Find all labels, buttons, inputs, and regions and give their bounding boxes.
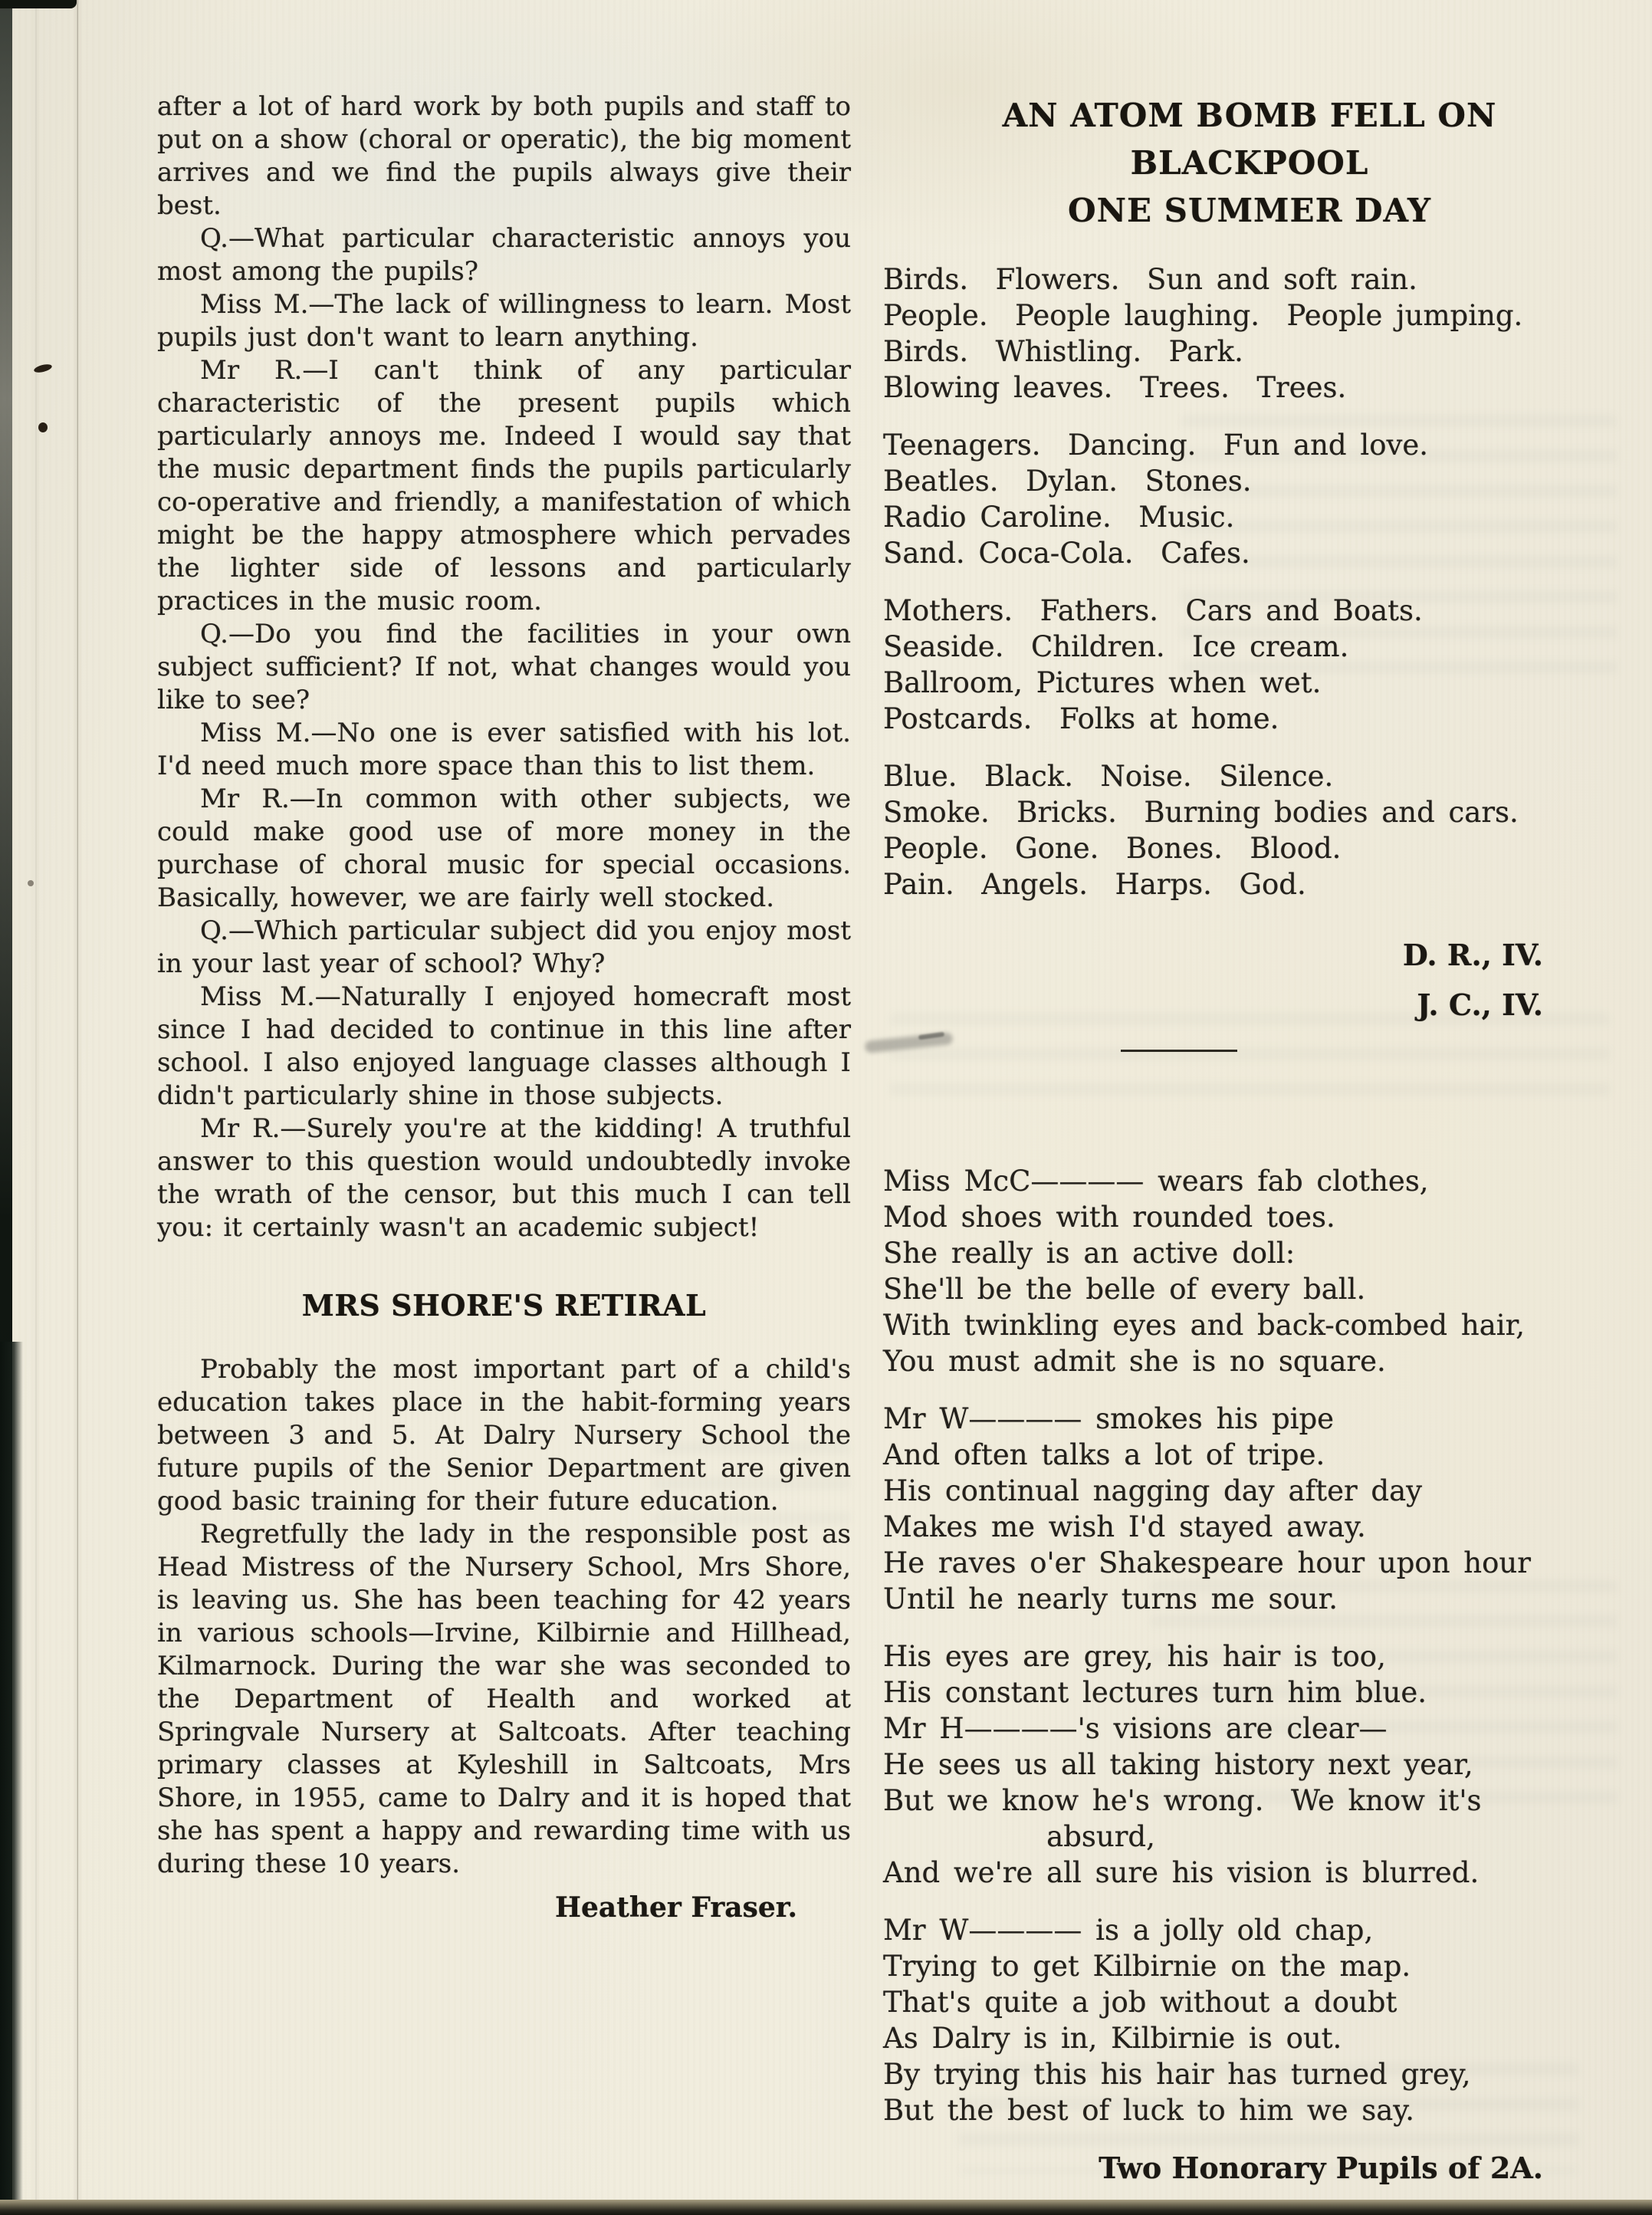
paragraph: Q.—Which particular subject did you enjo… — [157, 915, 851, 981]
poem-line: absurd, — [883, 1819, 1616, 1855]
poem-line: And we're all sure his vision is blurred… — [883, 1855, 1616, 1891]
paragraph: Probably the most important part of a ch… — [157, 1353, 851, 1518]
stanza: Mr W———— smokes his pipeAnd often talks … — [883, 1401, 1616, 1617]
paragraph: Miss M.—The lack of willingness to learn… — [157, 288, 851, 354]
section-divider-rule — [1121, 1050, 1237, 1052]
paragraph: Miss M.—No one is ever satisfied with hi… — [157, 717, 851, 783]
poem-line: That's quite a job without a doubt — [883, 1984, 1616, 2020]
page-crease-inner — [35, 0, 37, 2215]
paragraph: Regretfully the lady in the responsible … — [157, 1518, 851, 1881]
poem-line: Seaside. Children. Ice cream. — [883, 629, 1616, 665]
poem-line: With twinkling eyes and back-combed hair… — [883, 1307, 1616, 1343]
poem-title: AN ATOM BOMB FELL ON BLACKPOOLONE SUMMER… — [883, 77, 1616, 235]
poem-signature-1: D. R., IV. — [883, 937, 1616, 973]
ink-speck — [28, 880, 34, 886]
interview-continuation: after a lot of hard work by both pupils … — [157, 90, 851, 1244]
poem-signature-2: J. C., IV. — [883, 987, 1616, 1023]
poem-line: Miss McC———— wears fab clothes, — [883, 1163, 1616, 1199]
paragraph: after a lot of hard work by both pupils … — [157, 90, 851, 222]
poem-line: By trying this his hair has turned grey, — [883, 2056, 1616, 2092]
bottom-scan-edge — [0, 2200, 1652, 2215]
poem-line: Smoke. Bricks. Burning bodies and cars. — [883, 794, 1616, 830]
poem-line: He raves o'er Shakespeare hour upon hour — [883, 1545, 1616, 1581]
poem-line: Blue. Black. Noise. Silence. — [883, 758, 1616, 794]
poem-signature-3: Two Honorary Pupils of 2A. — [883, 2150, 1616, 2186]
poem-line: You must admit she is no square. — [883, 1343, 1616, 1379]
stanza: Blue. Black. Noise. Silence.Smoke. Brick… — [883, 758, 1616, 902]
poem-line: Mod shoes with rounded toes. — [883, 1199, 1616, 1235]
paragraph: Q.—Do you find the facilities in your ow… — [157, 618, 851, 717]
poem-line: People. People laughing. People jumping. — [883, 297, 1616, 334]
poem-line: But we know he's wrong. We know it's — [883, 1783, 1616, 1819]
teachers-poem: Miss McC———— wears fab clothes,Mod shoes… — [883, 1163, 1616, 2128]
poem-line: Birds. Flowers. Sun and soft rain. — [883, 261, 1616, 297]
atom-bomb-poem: Birds. Flowers. Sun and soft rain.People… — [883, 261, 1616, 902]
retiral-article: Probably the most important part of a ch… — [157, 1353, 851, 1881]
poem-line: Pain. Angels. Harps. God. — [883, 866, 1616, 902]
poem-line: His continual nagging day after day — [883, 1473, 1616, 1509]
poem-line: But the best of luck to him we say. — [883, 2092, 1616, 2128]
poem-line: Blowing leaves. Trees. Trees. — [883, 370, 1616, 406]
poem-line: His constant lectures turn him blue. — [883, 1674, 1616, 1711]
paragraph: Mr R.—I can't think of any particular ch… — [157, 354, 851, 618]
poem-line: Ballroom, Pictures when wet. — [883, 665, 1616, 701]
poem-line: Birds. Whistling. Park. — [883, 334, 1616, 370]
poem-line: His eyes are grey, his hair is too, — [883, 1638, 1616, 1674]
poem-line: Makes me wish I'd stayed away. — [883, 1509, 1616, 1545]
poem-line: She really is an active doll: — [883, 1235, 1616, 1271]
stanza: Miss McC———— wears fab clothes,Mod shoes… — [883, 1163, 1616, 1379]
poem-line: As Dalry is in, Kilbirnie is out. — [883, 2020, 1616, 2056]
poem-line: People. Gone. Bones. Blood. — [883, 830, 1616, 866]
paragraph: Q.—What particular characteristic annoys… — [157, 222, 851, 288]
stanza: Teenagers. Dancing. Fun and love.Beatles… — [883, 427, 1616, 571]
poem-line: Beatles. Dylan. Stones. — [883, 463, 1616, 499]
stanza: Mothers. Fathers. Cars and Boats.Seaside… — [883, 593, 1616, 737]
poem-title-line2: ONE SUMMER DAY — [1068, 192, 1431, 229]
poem-line: Radio Caroline. Music. — [883, 499, 1616, 535]
left-column: after a lot of hard work by both pupils … — [157, 90, 851, 1924]
right-column: AN ATOM BOMB FELL ON BLACKPOOLONE SUMMER… — [883, 77, 1616, 2186]
poem-line: She'll be the belle of every ball. — [883, 1271, 1616, 1307]
poem-line: He sees us all taking history next year, — [883, 1747, 1616, 1783]
stanza: His eyes are grey, his hair is too,His c… — [883, 1638, 1616, 1891]
poem-title-line1: AN ATOM BOMB FELL ON BLACKPOOL — [1003, 97, 1497, 182]
page-crease — [77, 0, 78, 2215]
poem-line: Until he nearly turns me sour. — [883, 1581, 1616, 1617]
poem-line: Trying to get Kilbirnie on the map. — [883, 1948, 1616, 1984]
poem-line: Mr W———— is a jolly old chap, — [883, 1912, 1616, 1948]
paragraph: Miss M.—Naturally I enjoyed homecraft mo… — [157, 981, 851, 1112]
stanza: Mr W———— is a jolly old chap,Trying to g… — [883, 1912, 1616, 2128]
poem-line: Mothers. Fathers. Cars and Boats. — [883, 593, 1616, 629]
stanza: Birds. Flowers. Sun and soft rain.People… — [883, 261, 1616, 406]
article-signature: Heather Fraser. — [157, 1891, 851, 1924]
top-corner-shadow — [0, 0, 77, 8]
poem-line: Teenagers. Dancing. Fun and love. — [883, 427, 1616, 463]
poem-line: Mr H————'s visions are clear— — [883, 1711, 1616, 1747]
poem-line: Postcards. Folks at home. — [883, 701, 1616, 737]
ink-speck — [38, 422, 48, 432]
scanned-magazine-page: after a lot of hard work by both pupils … — [0, 0, 1652, 2215]
poem-line: Mr W———— smokes his pipe — [883, 1401, 1616, 1437]
poem-line: And often talks a lot of tripe. — [883, 1437, 1616, 1473]
paragraph: Mr R.—Surely you're at the kidding! A tr… — [157, 1112, 851, 1244]
poem-line: Sand. Coca-Cola. Cafes. — [883, 535, 1616, 571]
article-heading: MRS SHORE'S RETIRAL — [157, 1289, 851, 1323]
paragraph: Mr R.—In common with other subjects, we … — [157, 783, 851, 915]
page-spine-shadow-lower — [0, 1342, 23, 2215]
